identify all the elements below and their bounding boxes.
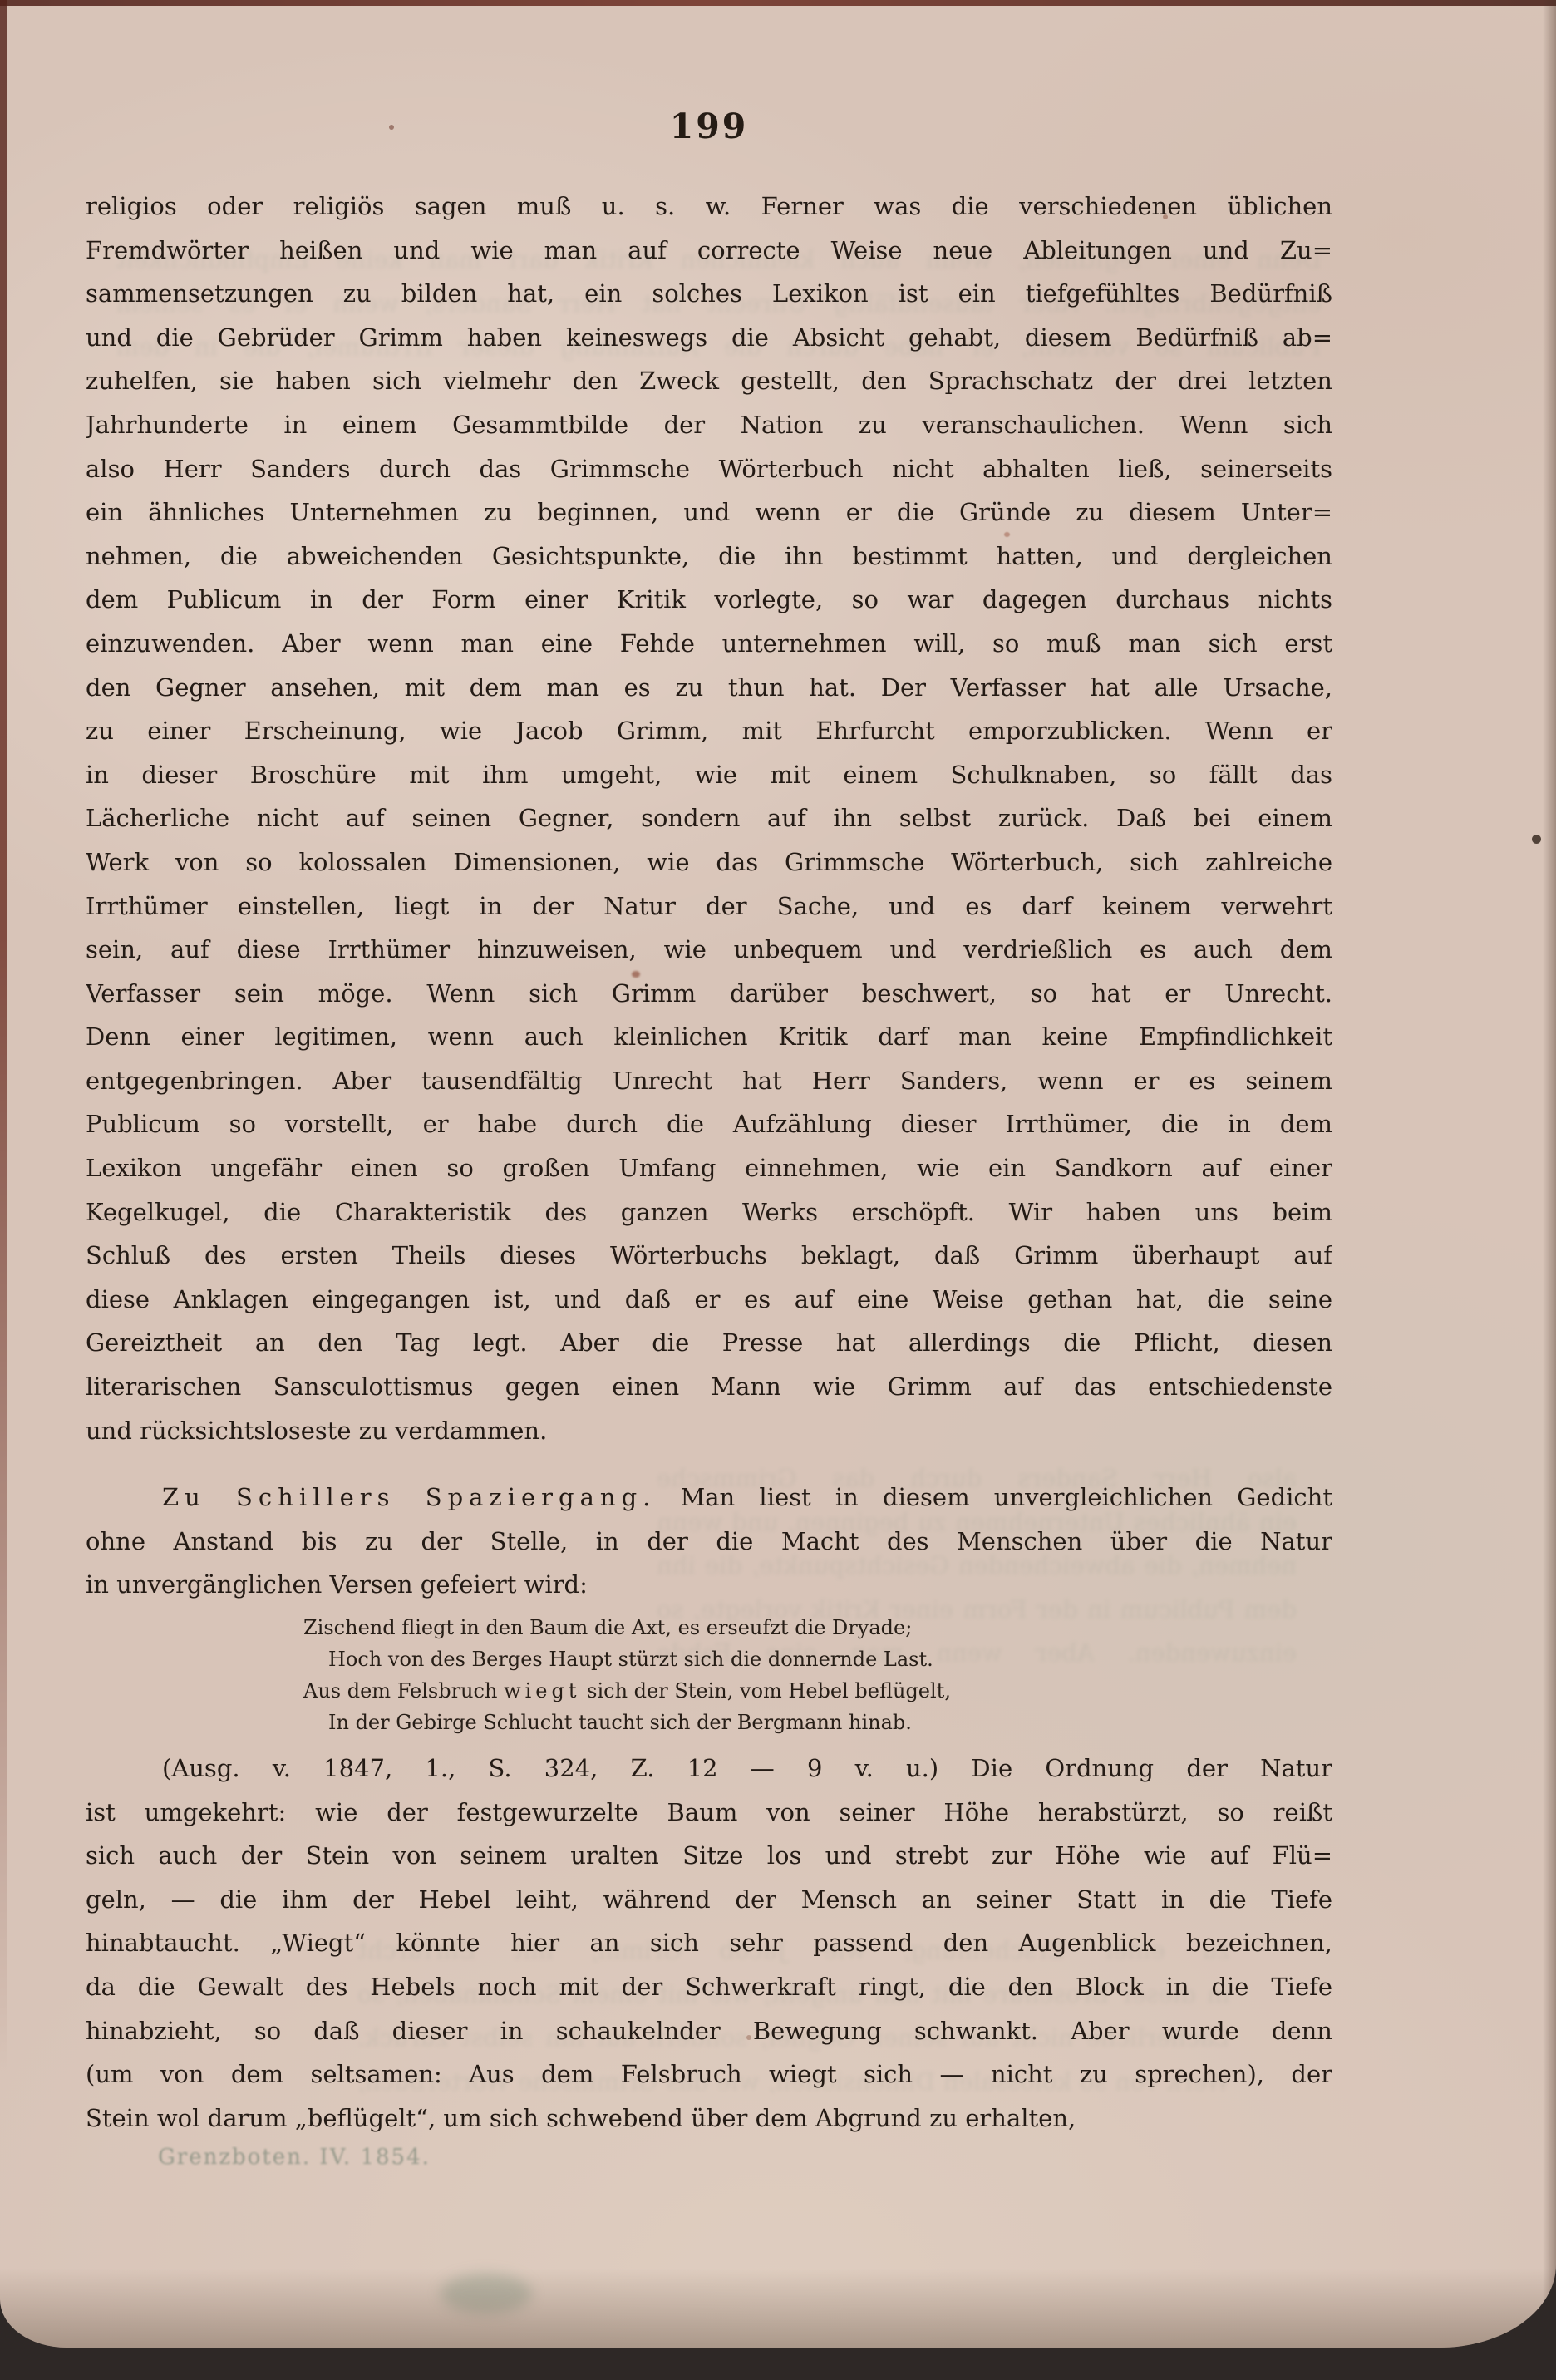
text-line: Lächerliche nicht auf seinen Gegner, son… [86, 796, 1332, 840]
text-line: also Herr Sanders durch das Grimmsche Wö… [86, 447, 1332, 491]
text-line: ohne Anstand bis zu der Stelle, in der d… [86, 1520, 1332, 1564]
scan-edge-top [0, 0, 1556, 6]
text-line: ist umgekehrt: wie der festgewurzelte Ba… [86, 1791, 1332, 1835]
text-line: (Ausg. v. 1847, 1., S. 324, Z. 12 — 9 v.… [86, 1747, 1332, 1791]
text-line: Werk von so kolossalen Dimensionen, wie … [86, 840, 1332, 884]
page-number: 199 [86, 106, 1332, 146]
text-line: Lexikon ungefähr einen so großen Umfang … [86, 1146, 1332, 1190]
text-line: Jahrhunderte in einem Gesammtbilde der N… [86, 403, 1332, 447]
text-line: sich auch der Stein von seinem uralten S… [86, 1834, 1332, 1878]
text-line: Denn einer legitimen, wenn auch kleinlic… [86, 1015, 1332, 1059]
spaced-word: wiegt [504, 1679, 580, 1702]
text-line: Publicum so vorstellt, er habe durch die… [86, 1102, 1332, 1146]
text-line: diese Anklagen eingegangen ist, und daß … [86, 1278, 1332, 1322]
paragraph-1: religios oder religiös sagen muß u. s. w… [86, 185, 1332, 1452]
text-run: Aus dem Felsbruch [303, 1679, 497, 1702]
text-line: Schluß des ersten Theils dieses Wörterbu… [86, 1234, 1332, 1278]
text-line: nehmen, die abweichenden Gesichtspunkte,… [86, 535, 1332, 579]
text-block: religios oder religiös sagen muß u. s. w… [86, 185, 1332, 2140]
text-line: in unvergänglichen Versen gefeiert wird: [86, 1563, 1332, 1607]
text-line: entgegenbringen. Aber tausendfältig Unre… [86, 1059, 1332, 1103]
journal-signature-footer: Grenzboten. IV. 1854. [158, 2145, 431, 2170]
text-line: Fremdwörter heißen und wie man auf corre… [86, 229, 1332, 273]
text-line: einzuwenden. Aber wenn man eine Fehde un… [86, 622, 1332, 666]
text-line: sammensetzungen zu bilden hat, ein solch… [86, 272, 1332, 316]
text-line: ein ähnliches Unternehmen zu beginnen, u… [86, 490, 1332, 535]
spaced-heading-inline: Zu Schillers Spaziergang. [162, 1483, 656, 1511]
text-line: zuhelfen, sie haben sich vielmehr den Zw… [86, 359, 1332, 403]
paragraph-2: Zu Schillers Spaziergang. Man liest in d… [86, 1476, 1332, 1607]
text-line: religios oder religiös sagen muß u. s. w… [86, 185, 1332, 229]
scan-edge-left [0, 0, 7, 2078]
text-line: dem Publicum in der Form einer Kritik vo… [86, 578, 1332, 622]
text-line: hinabzieht, so daß dieser in schaukelnde… [86, 2009, 1332, 2053]
text-run: sich der Stein, vom Hebel beflügelt, [587, 1679, 951, 1702]
text-line: Gereiztheit an den Tag legt. Aber die Pr… [86, 1321, 1332, 1365]
verse-quote: Zischend fliegt in den Baum die Axt, es … [303, 1612, 1332, 1738]
verse-line: In der Gebirge Schlucht taucht sich der … [303, 1707, 1332, 1738]
paragraph-3: (Ausg. v. 1847, 1., S. 324, Z. 12 — 9 v.… [86, 1747, 1332, 2140]
text-line: zu einer Erscheinung, wie Jacob Grimm, m… [86, 709, 1332, 753]
text-line: und rücksichtsloseste zu verdammen. [86, 1409, 1332, 1453]
page-bottom-shadow [0, 2269, 1556, 2348]
paragraph-gap [86, 1452, 1332, 1476]
text-line: literarischen Sansculottismus gegen eine… [86, 1365, 1332, 1409]
text-run: Man liest in diesem unvergleichlichen Ge… [681, 1483, 1332, 1511]
scan-edge-right [1543, 0, 1556, 2348]
verse-line: Hoch von des Berges Haupt stürzt sich di… [303, 1643, 1332, 1675]
text-line: Irrthümer einstellen, liegt in der Natur… [86, 884, 1332, 929]
text-line: (um von dem seltsamen: Aus dem Felsbruch… [86, 2052, 1332, 2097]
text-line: Kegelkugel, die Charakteristik des ganze… [86, 1190, 1332, 1234]
scanned-book-page: Denn einer legitimen, wenn auch kleinlic… [0, 0, 1556, 2348]
text-line: den Gegner ansehen, mit dem man es zu th… [86, 666, 1332, 710]
ink-dot [1532, 835, 1541, 844]
text-line: in dieser Broschüre mit ihm umgeht, wie … [86, 753, 1332, 797]
text-line: geln, — die ihm der Hebel leiht, während… [86, 1878, 1332, 1922]
text-line: Zu Schillers Spaziergang. Man liest in d… [86, 1476, 1332, 1520]
text-line: Stein wol darum „beflügelt“, um sich sch… [86, 2097, 1332, 2141]
text-line: Verfasser sein möge. Wenn sich Grimm dar… [86, 972, 1332, 1016]
text-line: da die Gewalt des Hebels noch mit der Sc… [86, 1965, 1332, 2009]
text-line: und die Gebrüder Grimm haben keineswegs … [86, 316, 1332, 360]
verse-line: Zischend fliegt in den Baum die Axt, es … [303, 1612, 1332, 1643]
verse-line: Aus dem Felsbruch wiegt sich der Stein, … [303, 1675, 1332, 1707]
text-line: sein, auf diese Irrthümer hinzuweisen, w… [86, 928, 1332, 972]
text-line: hinabtaucht. „Wiegt“ könnte hier an sich… [86, 1921, 1332, 1965]
